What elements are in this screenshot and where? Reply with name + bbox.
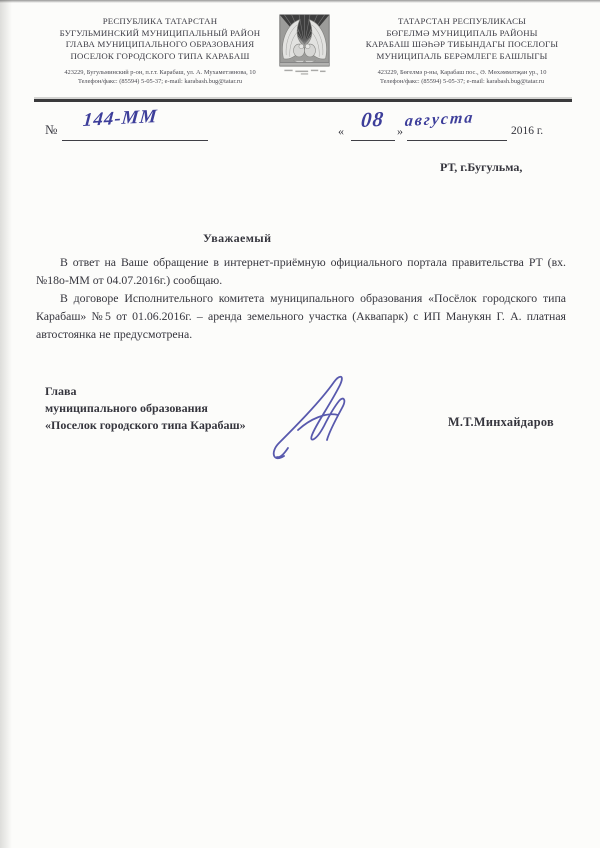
address-line: 423229, Бөгелмә р-ны, Карабаш пос., Ә. М… — [336, 69, 588, 78]
date-open-quote: « — [338, 124, 344, 139]
signer-title: Глава муниципального образования «Посело… — [45, 383, 246, 434]
letterhead-left: РЕСПУБЛИКА ТАТАРСТАН БУГУЛЬМИНСКИЙ МУНИЦ… — [34, 16, 286, 87]
date-month-handwritten: августа — [404, 109, 475, 131]
org-name-line: РЕСПУБЛИКА ТАТАРСТАН — [34, 16, 286, 28]
coat-of-arms-icon — [277, 13, 332, 77]
scan-edge-top — [0, 0, 600, 3]
signer-title-line: муниципального образования — [45, 400, 246, 417]
org-name-line: ГЛАВА МУНИЦИПАЛЬНОГО ОБРАЗОВАНИЯ — [34, 39, 286, 51]
address-block: 423229, Бугульминский р-он, п.г.т. Караб… — [34, 69, 286, 86]
org-name-line: ТАТАРСТАН РЕСПУБЛИКАСЫ — [336, 16, 588, 28]
org-name-line: КАРАБАШ ШӘҺӘР ТИБЫНДАГЫ ПОСЕЛОГЫ — [336, 39, 588, 51]
outgoing-number-label: № — [45, 122, 57, 138]
org-name-line: ПОСЕЛОК ГОРОДСКОГО ТИПА КАРАБАШ — [34, 51, 286, 63]
signer-title-line: «Поселок городского типа Карабаш» — [45, 417, 246, 434]
org-name-line: БӨГЕЛМӘ МУНИЦИПАЛЬ РАЙОНЫ — [336, 28, 588, 40]
date-day-handwritten: 08 — [360, 107, 385, 133]
scan-edge-left — [0, 0, 12, 848]
date-year-printed: 2016 г. — [511, 125, 543, 137]
date-close-quote: » — [397, 124, 403, 139]
body-paragraph-1: В ответ на Ваше обращение в интернет-при… — [36, 253, 566, 289]
letter-body: В ответ на Ваше обращение в интернет-при… — [36, 253, 566, 343]
place-line: РТ, г.Бугульма, — [440, 160, 522, 175]
salutation: Уважаемый — [203, 231, 271, 246]
org-name-line: МУНИЦИПАЛЬ БЕРӘМЛЕГЕ БАШЛЫГЫ — [336, 51, 588, 63]
letterhead-right: ТАТАРСТАН РЕСПУБЛИКАСЫ БӨГЕЛМӘ МУНИЦИПАЛ… — [336, 16, 588, 87]
body-paragraph-2: В договоре Исполнительного комитета муни… — [36, 289, 566, 343]
outgoing-number-handwritten: 144-ММ — [82, 106, 158, 132]
scanned-letter-page: РЕСПУБЛИКА ТАТАРСТАН БУГУЛЬМИНСКИЙ МУНИЦ… — [0, 0, 600, 848]
letterhead-divider-rule — [34, 99, 572, 102]
org-name-line: БУГУЛЬМИНСКИЙ МУНИЦИПАЛЬНЫЙ РАЙОН — [34, 28, 286, 40]
address-line: Телефон/факс: (85594) 5-05-37; e-mail: k… — [336, 78, 588, 87]
address-block: 423229, Бөгелмә р-ны, Карабаш пос., Ә. М… — [336, 69, 588, 86]
signer-name: М.Т.Минхайдаров — [448, 415, 554, 430]
handwritten-signature — [268, 368, 380, 464]
address-line: Телефон/факс: (85594) 5-05-37; e-mail: k… — [34, 78, 286, 87]
signer-title-line: Глава — [45, 383, 246, 400]
address-line: 423229, Бугульминский р-он, п.г.т. Караб… — [34, 69, 286, 78]
